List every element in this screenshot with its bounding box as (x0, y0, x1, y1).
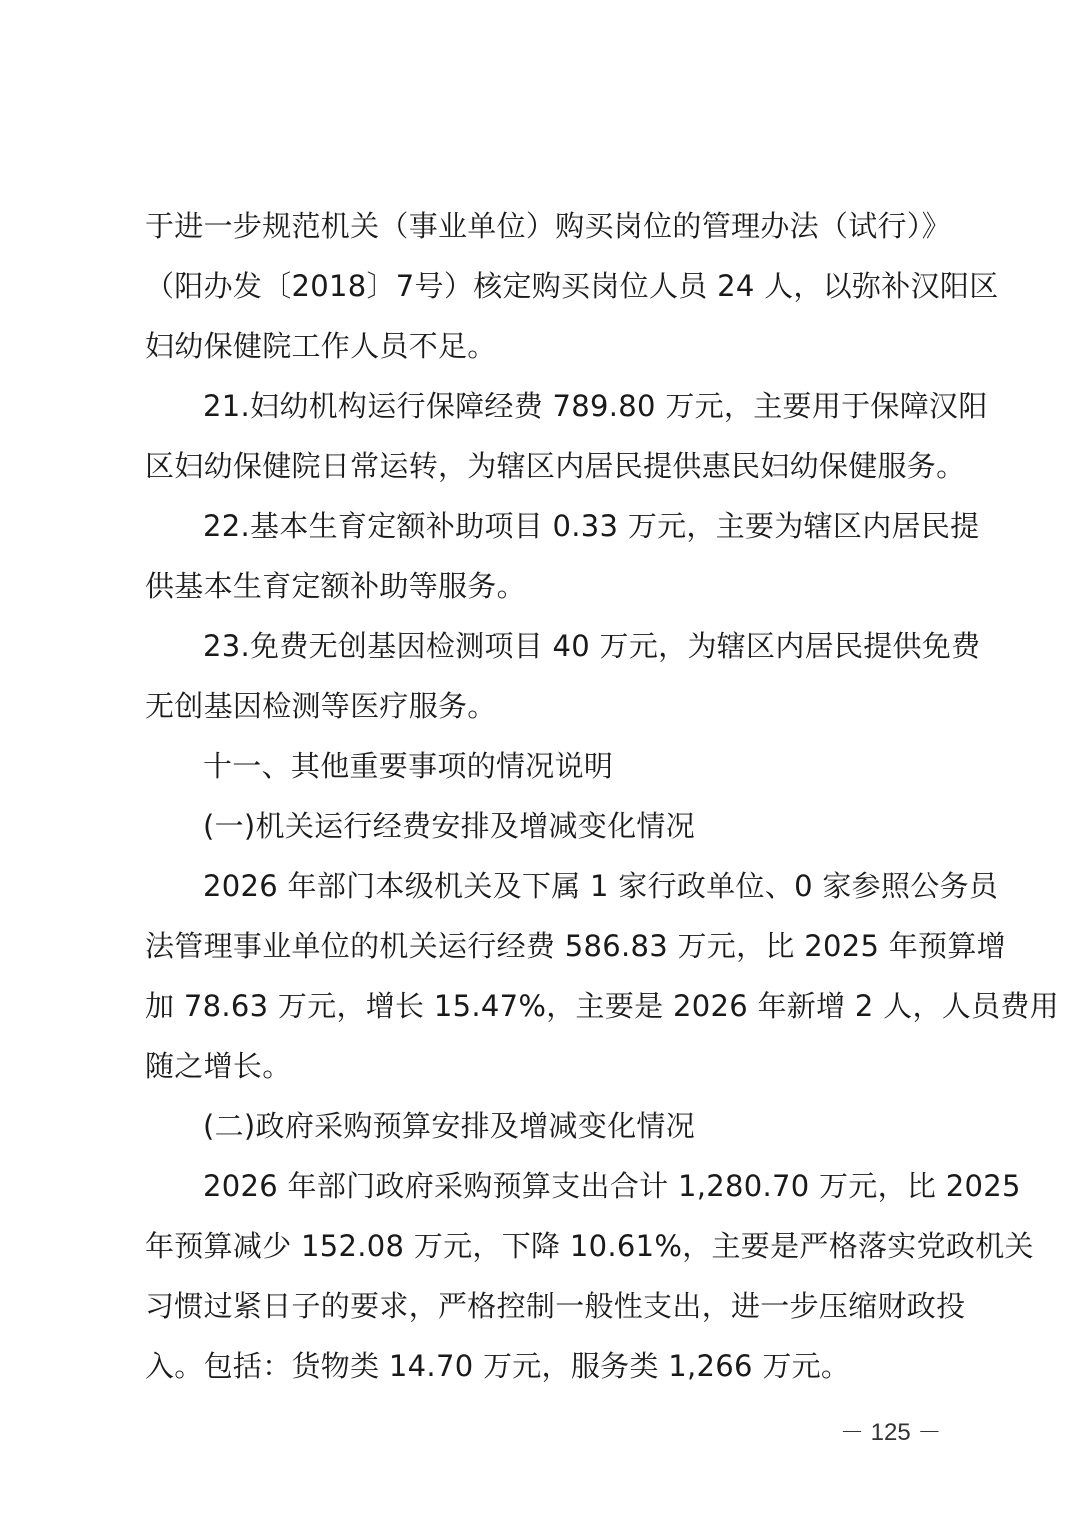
text-line: 习惯过紧日子的要求，严格控制一般性支出，进一步压缩财政投 (145, 1276, 945, 1336)
paragraph-item-22: 22.基本生育定额补助项目 0.33 万元，主要为辖区内居民提 供基本生育定额补… (145, 496, 945, 616)
text-line: 23.免费无创基因检测项目 40 万元，为辖区内居民提供免费 (145, 616, 945, 676)
paragraph-procurement: 2026 年部门政府采购预算支出合计 1,280.70 万元，比 2025 年预… (145, 1156, 945, 1396)
page-number: － 125 － (840, 1412, 941, 1447)
document-page: 于进一步规范机关（事业单位）购买岗位的管理办法（试行）》 （阳办发〔2018〕7… (145, 196, 945, 1396)
text-line: 无创基因检测等医疗服务。 (145, 676, 945, 736)
paragraph-continuation: 于进一步规范机关（事业单位）购买岗位的管理办法（试行）》 （阳办发〔2018〕7… (145, 196, 945, 376)
text-line: 随之增长。 (145, 1036, 945, 1096)
text-line: 2026 年部门本级机关及下属 1 家行政单位、0 家参照公务员 (145, 856, 945, 916)
text-line: 入。包括：货物类 14.70 万元，服务类 1,266 万元。 (145, 1336, 945, 1396)
section-heading-11: 十一、其他重要事项的情况说明 (145, 736, 945, 796)
paragraph-operating-funds: 2026 年部门本级机关及下属 1 家行政单位、0 家参照公务员 法管理事业单位… (145, 856, 945, 1096)
text-line: 区妇幼保健院日常运转，为辖区内居民提供惠民妇幼保健服务。 (145, 436, 945, 496)
text-line: 妇幼保健院工作人员不足。 (145, 316, 945, 376)
text-line: 22.基本生育定额补助项目 0.33 万元，主要为辖区内居民提 (145, 496, 945, 556)
subsection-heading-1: (一)机关运行经费安排及增减变化情况 (145, 796, 945, 856)
paragraph-item-21: 21.妇幼机构运行保障经费 789.80 万元，主要用于保障汉阳 区妇幼保健院日… (145, 376, 945, 496)
heading-text: 十一、其他重要事项的情况说明 (145, 736, 945, 796)
text-line: 法管理事业单位的机关运行经费 586.83 万元，比 2025 年预算增 (145, 916, 945, 976)
text-line: 21.妇幼机构运行保障经费 789.80 万元，主要用于保障汉阳 (145, 376, 945, 436)
subsection-heading-2: (二)政府采购预算安排及增减变化情况 (145, 1096, 945, 1156)
text-line: 于进一步规范机关（事业单位）购买岗位的管理办法（试行）》 (145, 196, 945, 256)
text-line: 年预算减少 152.08 万元，下降 10.61%，主要是严格落实党政机关 (145, 1216, 945, 1276)
text-line: 供基本生育定额补助等服务。 (145, 556, 945, 616)
text-line: （阳办发〔2018〕7号）核定购买岗位人员 24 人，以弥补汉阳区 (145, 256, 945, 316)
heading-text: (二)政府采购预算安排及增减变化情况 (145, 1096, 945, 1156)
text-line: 加 78.63 万元，增长 15.47%，主要是 2026 年新增 2 人，人员… (145, 976, 945, 1036)
text-line: 2026 年部门政府采购预算支出合计 1,280.70 万元，比 2025 (145, 1156, 945, 1216)
paragraph-item-23: 23.免费无创基因检测项目 40 万元，为辖区内居民提供免费 无创基因检测等医疗… (145, 616, 945, 736)
heading-text: (一)机关运行经费安排及增减变化情况 (145, 796, 945, 856)
